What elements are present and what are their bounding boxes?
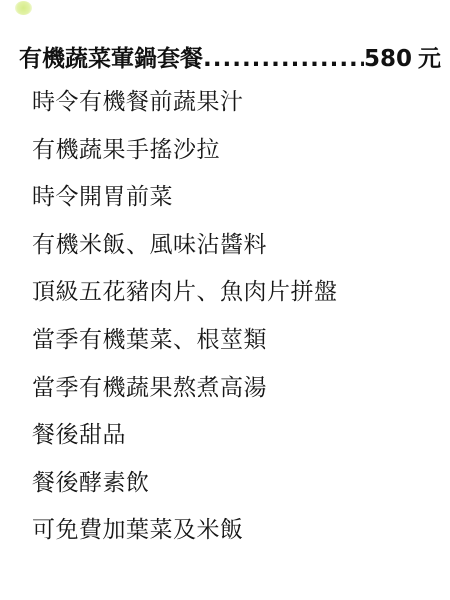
dot-leader: ............................... [203,46,364,72]
menu-title-row: 有機蔬菜葷鍋套餐 ...............................… [19,40,441,72]
menu-item: 餐後酵素飲 [32,469,338,517]
menu-item: 當季有機葉菜、根莖類 [32,326,338,374]
decorative-green-dot-icon [15,1,32,15]
menu-item: 當季有機蔬果熬煮高湯 [32,374,338,422]
menu-items-list: 時令有機餐前蔬果汁 有機蔬果手搖沙拉 時令開胃前菜 有機米飯、風味沾醬料 頂級五… [32,88,338,564]
menu-item: 時令有機餐前蔬果汁 [32,88,338,136]
menu-item: 頂級五花豬肉片、魚肉片拼盤 [32,278,338,326]
menu-item: 有機米飯、風味沾醬料 [32,231,338,279]
menu-price: 580 [364,46,412,72]
menu-item: 可免費加葉菜及米飯 [32,516,338,564]
menu-item: 餐後甜品 [32,421,338,469]
currency-unit: 元 [418,40,441,73]
menu-item: 有機蔬果手搖沙拉 [32,136,338,184]
menu-item: 時令開胃前菜 [32,183,338,231]
menu-title: 有機蔬菜葷鍋套餐 [19,40,203,73]
